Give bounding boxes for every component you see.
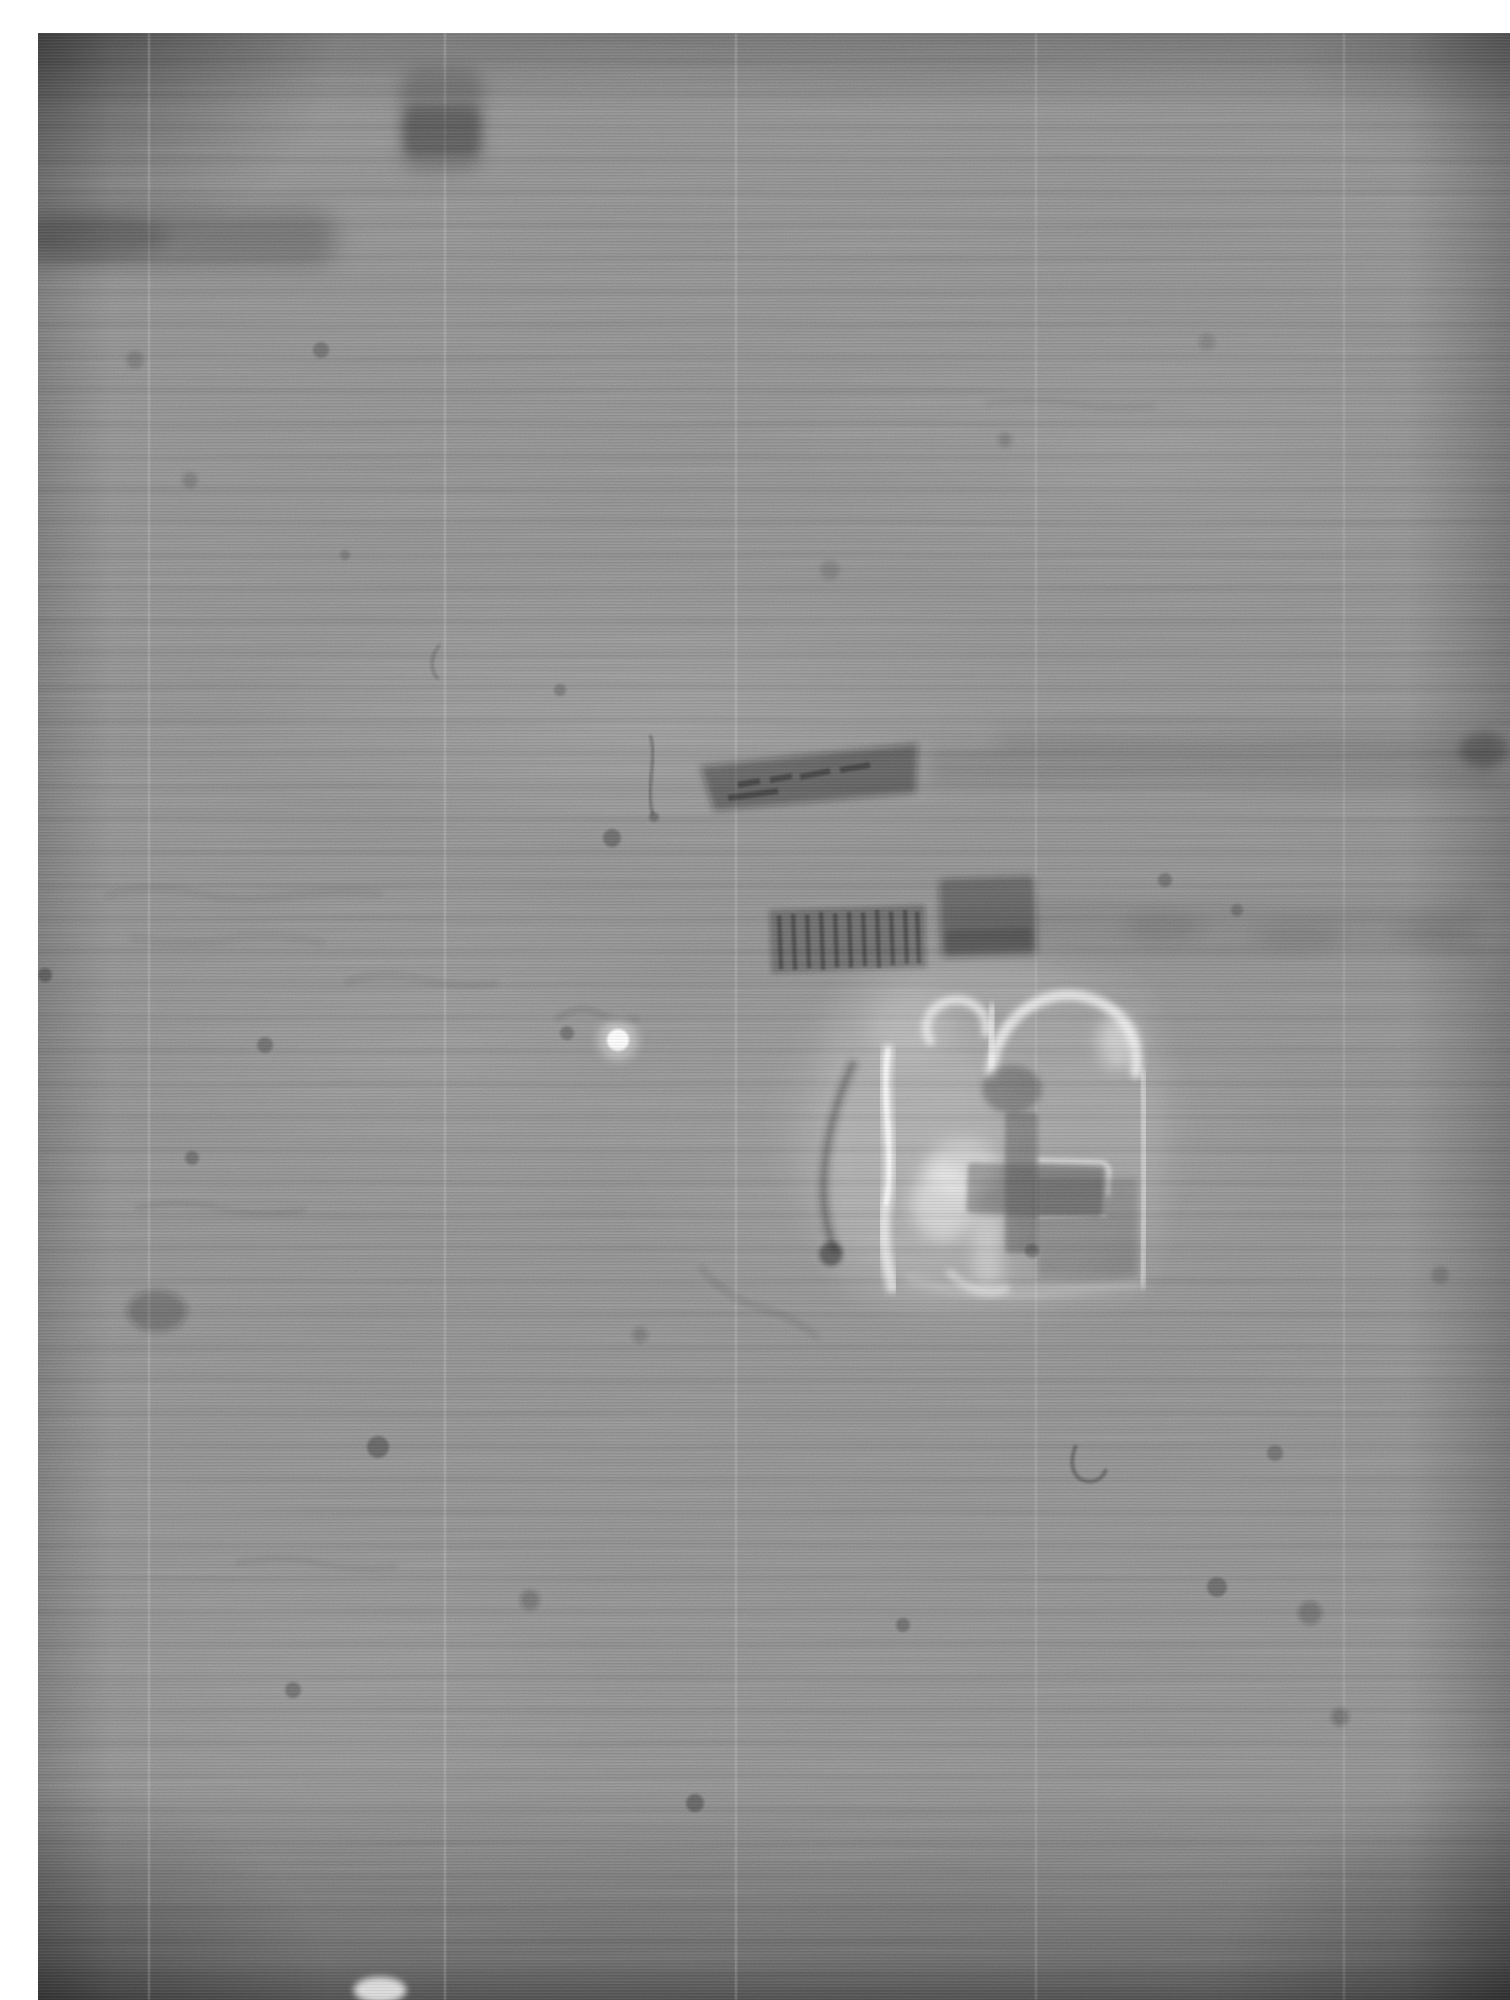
ruler-horizontal xyxy=(0,0,1510,33)
scan-viewport xyxy=(0,0,1510,2000)
manuscript-page xyxy=(38,33,1510,2000)
ruler-vertical xyxy=(0,0,38,2000)
scan-noise-overlay xyxy=(38,33,1510,2000)
